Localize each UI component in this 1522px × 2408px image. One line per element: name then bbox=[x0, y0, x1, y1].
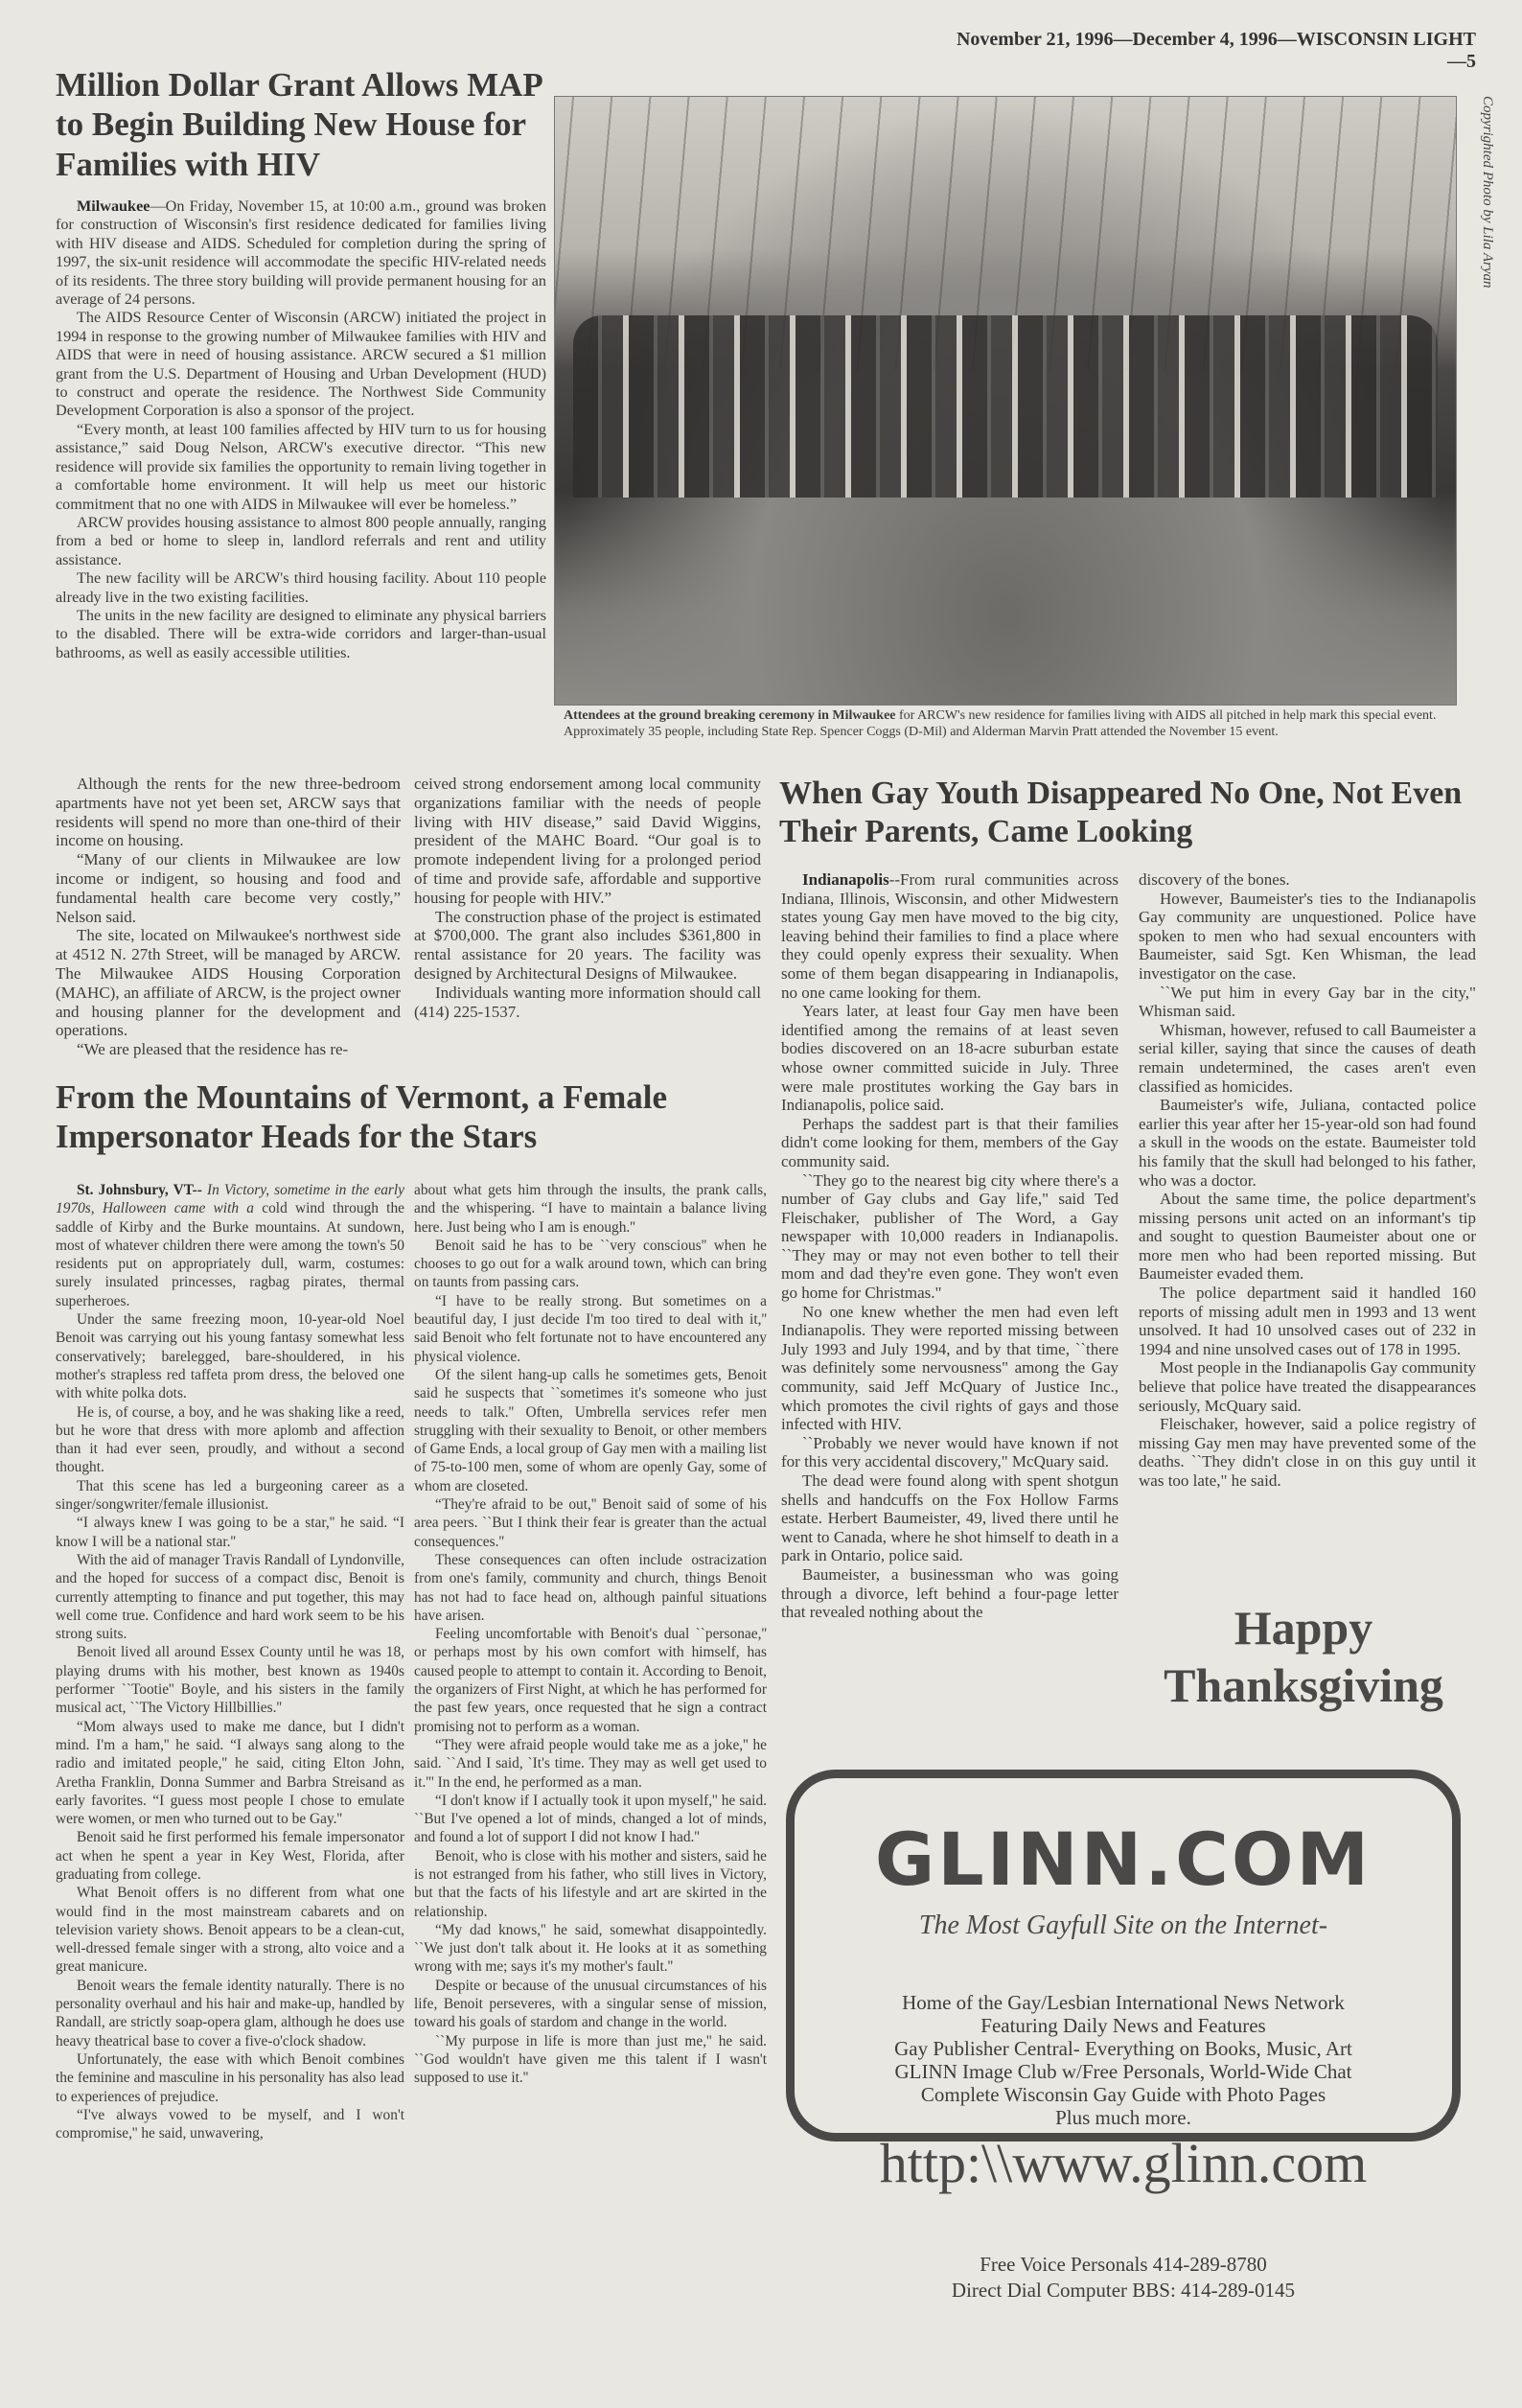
article-3-paragraph: ``My purpose in life is more than just m… bbox=[414, 2032, 767, 2088]
ground-breaking-photo bbox=[554, 96, 1457, 706]
article-3-paragraph: Benoit wears the female identity natural… bbox=[56, 1977, 404, 2050]
article-1-paragraph: ARCW provides housing assistance to almo… bbox=[56, 514, 546, 569]
running-head: November 21, 1996—December 4, 1996—WISCO… bbox=[949, 29, 1476, 73]
ad-tagline: The Most Gayfull Site on the Internet- bbox=[795, 1910, 1452, 1941]
article-3-paragraph: With the aid of manager Travis Randall o… bbox=[56, 1551, 404, 1643]
article-2-paragraph: Fleischaker, however, said a police regi… bbox=[1139, 1415, 1476, 1490]
article-3-paragraph: “They're afraid to be out,'' Benoit said… bbox=[414, 1495, 767, 1551]
ad-feature: Featuring Daily News and Features bbox=[795, 2014, 1452, 2037]
article-2-column-left: Indianapolis--From rural communities acr… bbox=[781, 870, 1118, 1622]
article-1-column-left: Although the rents for the new three-bed… bbox=[56, 775, 401, 1059]
article-2-paragraph: Years later, at least four Gay men have … bbox=[781, 1002, 1118, 1115]
ad-url: http:\\www.glinn.com bbox=[795, 2131, 1452, 2195]
article-1-paragraph: The units in the new facility are design… bbox=[56, 607, 546, 662]
article-3-paragraph: “I don't know if I actually took it upon… bbox=[414, 1792, 767, 1847]
photo-caption-bold: Attendees at the ground breaking ceremon… bbox=[564, 708, 896, 723]
article-3-headline: From the Mountains of Vermont, a Female … bbox=[56, 1077, 784, 1157]
article-3-paragraph: He is, of course, a boy, and he was shak… bbox=[56, 1403, 404, 1477]
article-3-paragraph: Feeling uncomfortable with Benoit's dual… bbox=[414, 1625, 767, 1736]
article-2-paragraph: About the same time, the police departme… bbox=[1139, 1190, 1476, 1284]
holiday-line-2: Thanksgiving bbox=[1131, 1656, 1476, 1714]
article-1-body: Milwaukee—On Friday, November 15, at 10:… bbox=[56, 197, 546, 662]
ad-phones: Free Voice Personals 414-289-8780 Direct… bbox=[795, 2252, 1452, 2304]
article-3-paragraph: “I've always vowed to be myself, and I w… bbox=[56, 2106, 404, 2143]
article-3-paragraph: Benoit said he has to be ``very consciou… bbox=[414, 1237, 767, 1292]
article-3-paragraph: “I always knew I was going to be a star,… bbox=[56, 1514, 404, 1551]
article-3-paragraph: about what gets him through the insults,… bbox=[414, 1181, 767, 1237]
article-1-dateline: Milwaukee bbox=[77, 197, 150, 215]
article-3-column-right: about what gets him through the insults,… bbox=[414, 1181, 767, 2088]
holiday-greeting: Happy Thanksgiving bbox=[1131, 1599, 1476, 1714]
article-2-headline: When Gay Youth Disappeared No One, Not E… bbox=[779, 775, 1469, 851]
article-3-paragraph: Benoit, who is close with his mother and… bbox=[414, 1847, 767, 1921]
article-2-paragraph: discovery of the bones. bbox=[1139, 870, 1476, 890]
article-3-paragraph: “My dad knows,'' he said, somewhat disap… bbox=[414, 1921, 767, 1977]
holiday-line-1: Happy bbox=[1131, 1599, 1476, 1656]
article-3-paragraph: Despite or because of the unusual circum… bbox=[414, 1977, 767, 2032]
article-3-paragraph: St. Johnsbury, VT-- In Victory, sometime… bbox=[56, 1181, 404, 1310]
article-3-column-left: St. Johnsbury, VT-- In Victory, sometime… bbox=[56, 1181, 404, 2142]
glinn-logo: GLINN.COM bbox=[795, 1817, 1452, 1902]
article-3-paragraph: “Mom always used to make me dance, but I… bbox=[56, 1718, 404, 1829]
article-1-paragraph: “We are pleased that the residence has r… bbox=[56, 1040, 401, 1059]
article-2-paragraph: Most people in the Indianapolis Gay comm… bbox=[1139, 1358, 1476, 1415]
article-2-paragraph: Baumeister's wife, Juliana, contacted po… bbox=[1139, 1096, 1476, 1190]
article-1-paragraph: “Every month, at least 100 families affe… bbox=[56, 421, 546, 514]
article-1-column-right: ceived strong endorsement among local co… bbox=[414, 775, 761, 1021]
article-1-paragraph: “Many of our clients in Milwaukee are lo… bbox=[56, 850, 401, 926]
article-1-paragraph: The construction phase of the project is… bbox=[414, 908, 761, 984]
article-3-paragraph: Under the same freezing moon, 10-year-ol… bbox=[56, 1310, 404, 1402]
article-2-dateline: Indianapolis bbox=[802, 870, 889, 889]
article-2-paragraph: Baumeister, a businessman who was going … bbox=[781, 1565, 1118, 1622]
article-3-paragraph: “I have to be really strong. But sometim… bbox=[414, 1292, 767, 1366]
article-2-paragraph: The dead were found along with spent sho… bbox=[781, 1471, 1118, 1565]
article-1-paragraph: Milwaukee—On Friday, November 15, at 10:… bbox=[56, 197, 546, 309]
article-2-paragraph: ``Probably we never would have known if … bbox=[781, 1434, 1118, 1471]
article-2-paragraph: Indianapolis--From rural communities acr… bbox=[781, 870, 1118, 1002]
glinn-advertisement: GLINN.COM The Most Gayfull Site on the I… bbox=[786, 1770, 1461, 2142]
article-3-paragraph: Of the silent hang-up calls he sometimes… bbox=[414, 1366, 767, 1495]
article-3-paragraph: Benoit said he first performed his femal… bbox=[56, 1828, 404, 1884]
article-1-paragraph: The new facility will be ARCW's third ho… bbox=[56, 569, 546, 607]
article-3-paragraph: What Benoit offers is no different from … bbox=[56, 1884, 404, 1976]
article-3-paragraph: Benoit lived all around Essex County unt… bbox=[56, 1643, 404, 1717]
ad-feature: Complete Wisconsin Gay Guide with Photo … bbox=[795, 2083, 1452, 2106]
article-2-paragraph: ``We put him in every Gay bar in the cit… bbox=[1139, 984, 1476, 1021]
article-2-paragraph: However, Baumeister's ties to the Indian… bbox=[1139, 890, 1476, 984]
article-3-paragraph: These consequences can often include ost… bbox=[414, 1551, 767, 1625]
ad-feature: Gay Publisher Central- Everything on Boo… bbox=[795, 2037, 1452, 2060]
article-2-paragraph: ``They go to the nearest big city where … bbox=[781, 1171, 1118, 1303]
article-1-paragraph: The site, located on Milwaukee's northwe… bbox=[56, 926, 401, 1040]
ad-feature: Home of the Gay/Lesbian International Ne… bbox=[795, 1991, 1452, 2014]
ad-feature: GLINN Image Club w/Free Personals, World… bbox=[795, 2060, 1452, 2083]
article-1-paragraph: The AIDS Resource Center of Wisconsin (A… bbox=[56, 309, 546, 420]
article-2-paragraph: Perhaps the saddest part is that their f… bbox=[781, 1115, 1118, 1171]
article-1-paragraph: Although the rents for the new three-bed… bbox=[56, 775, 401, 850]
article-2-paragraph: Whisman, however, refused to call Baumei… bbox=[1139, 1021, 1476, 1096]
ad-features: Home of the Gay/Lesbian International Ne… bbox=[795, 1991, 1452, 2129]
photo-crowd bbox=[573, 315, 1438, 498]
article-1-paragraph: ceived strong endorsement among local co… bbox=[414, 775, 761, 908]
article-1-headline: Million Dollar Grant Allows MAP to Begin… bbox=[56, 65, 554, 184]
photo-caption: Attendees at the ground breaking ceremon… bbox=[564, 707, 1474, 740]
article-1-paragraph: Individuals wanting more information sho… bbox=[414, 984, 761, 1022]
article-3-dateline: St. Johnsbury, VT-- bbox=[77, 1182, 202, 1198]
article-3-paragraph: That this scene has led a burgeoning car… bbox=[56, 1477, 404, 1515]
ad-phone-bbs: Direct Dial Computer BBS: 414-289-0145 bbox=[795, 2278, 1452, 2304]
ad-feature: Plus much more. bbox=[795, 2106, 1452, 2129]
article-2-paragraph: The police department said it handled 16… bbox=[1139, 1284, 1476, 1358]
article-2-paragraph: No one knew whether the men had even lef… bbox=[781, 1303, 1118, 1434]
article-2-column-right: discovery of the bones. However, Baumeis… bbox=[1139, 870, 1476, 1491]
photo-credit: Copyrighted Photo by Lila Aryan bbox=[1466, 96, 1495, 326]
article-3-paragraph: “They were afraid people would take me a… bbox=[414, 1736, 767, 1792]
ad-phone-personals: Free Voice Personals 414-289-8780 bbox=[795, 2252, 1452, 2278]
article-3-paragraph: Unfortunately, the ease with which Benoi… bbox=[56, 2050, 404, 2106]
